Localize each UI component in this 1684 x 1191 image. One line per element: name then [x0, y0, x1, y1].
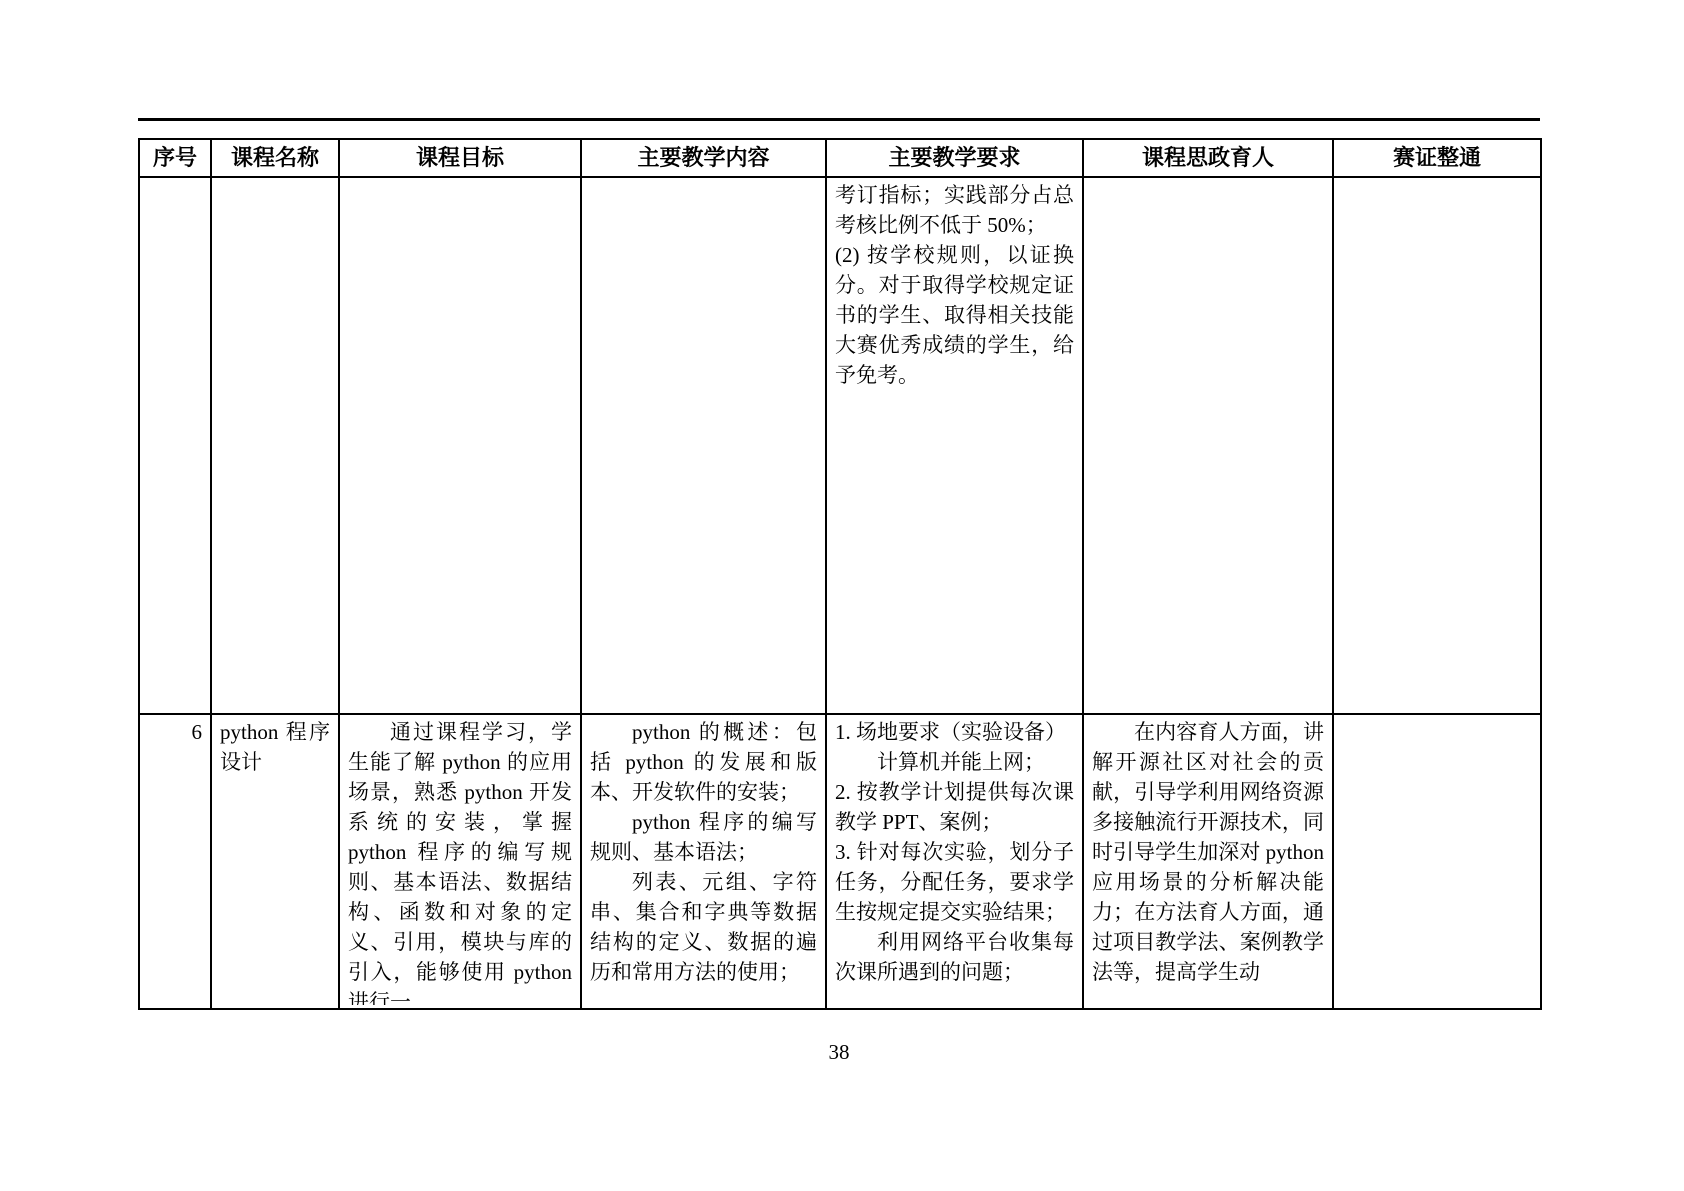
requirements-item: 2. 按教学计划提供每次课教学 PPT、案例；	[835, 777, 1074, 837]
cell-seq: 6	[139, 714, 211, 1009]
header-seq: 序号	[139, 139, 211, 177]
course-name-text: python 程序设计	[220, 717, 330, 777]
header-teaching-content: 主要教学内容	[581, 139, 826, 177]
header-course-name: 课程名称	[211, 139, 339, 177]
cell-course-empty	[211, 177, 339, 714]
cell-certification-empty	[1333, 177, 1541, 714]
requirements-item: 3. 针对每次实验，划分子任务，分配任务，要求学生按规定提交实验结果；	[835, 837, 1074, 927]
page-top-rule	[138, 118, 1540, 121]
requirements-paragraph: 考订指标；实践部分占总考核比例不低于 50%；	[835, 180, 1074, 240]
header-teaching-requirements: 主要教学要求	[826, 139, 1083, 177]
requirements-item: 利用网络平台收集每次课所遇到的问题；	[835, 927, 1074, 987]
cell-ideology-empty	[1083, 177, 1333, 714]
cell-teaching-requirements: 1. 场地要求（实验设备） 计算机并能上网； 2. 按教学计划提供每次课教学 P…	[826, 714, 1083, 1009]
page-number: 38	[138, 1040, 1540, 1065]
objectives-paragraph: 通过课程学习，学生能了解 python 的应用场景，熟悉 python 开发系统…	[348, 717, 572, 1005]
header-certification-integration: 赛证整通	[1333, 139, 1541, 177]
requirements-item-continuation: 计算机并能上网；	[835, 747, 1074, 777]
cell-ideology-education: 在内容育人方面，讲解开源社区对社会的贡献，引导学利用网络资源多接触流行开源技术，…	[1083, 714, 1333, 1009]
cell-course-name: python 程序设计	[211, 714, 339, 1009]
table-header-row: 序号 课程名称 课程目标 主要教学内容 主要教学要求 课程思政育人 赛证整通	[139, 139, 1541, 177]
cell-seq-empty	[139, 177, 211, 714]
cell-objectives-empty	[339, 177, 581, 714]
table-row-continuation: 考订指标；实践部分占总考核比例不低于 50%； (2) 按学校规则，以证换分。对…	[139, 177, 1541, 714]
table-row-course-6: 6 python 程序设计 通过课程学习，学生能了解 python 的应用场景，…	[139, 714, 1541, 1009]
cell-requirements-continuation: 考订指标；实践部分占总考核比例不低于 50%； (2) 按学校规则，以证换分。对…	[826, 177, 1083, 714]
curriculum-table: 序号 课程名称 课程目标 主要教学内容 主要教学要求 课程思政育人 赛证整通 考…	[138, 138, 1542, 1010]
content-paragraph: python 的概述：包括 python 的发展和版本、开发软件的安装；	[590, 717, 817, 807]
requirements-paragraph: (2) 按学校规则，以证换分。对于取得学校规定证书的学生、取得相关技能大赛优秀成…	[835, 240, 1074, 390]
content-paragraph: python 程序的编写规则、基本语法；	[590, 807, 817, 867]
ideology-paragraph: 在内容育人方面，讲解开源社区对社会的贡献，引导学利用网络资源多接触流行开源技术，…	[1092, 717, 1324, 987]
cell-certification-integration	[1333, 714, 1541, 1009]
header-course-objectives: 课程目标	[339, 139, 581, 177]
cell-content-empty	[581, 177, 826, 714]
header-ideology-education: 课程思政育人	[1083, 139, 1333, 177]
cell-teaching-content: python 的概述：包括 python 的发展和版本、开发软件的安装； pyt…	[581, 714, 826, 1009]
requirements-item: 1. 场地要求（实验设备）	[835, 717, 1074, 747]
content-paragraph: 列表、元组、字符串、集合和字典等数据结构的定义、数据的遍历和常用方法的使用；	[590, 867, 817, 987]
cell-course-objectives: 通过课程学习，学生能了解 python 的应用场景，熟悉 python 开发系统…	[339, 714, 581, 1009]
document-page: 序号 课程名称 课程目标 主要教学内容 主要教学要求 课程思政育人 赛证整通 考…	[0, 0, 1684, 1191]
